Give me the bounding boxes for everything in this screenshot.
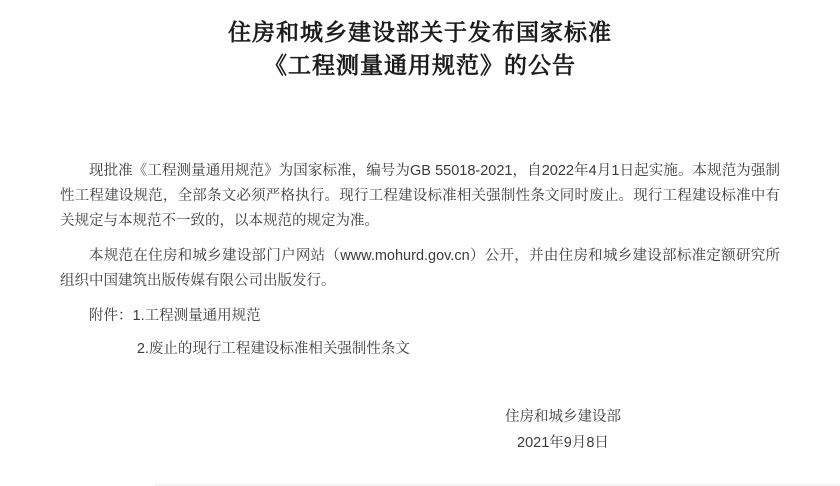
issue-date: 2021年9月8日 — [453, 431, 673, 456]
attachments-label: 附件： — [89, 308, 133, 324]
attachment-item-2: 2.废止的现行工程建设标准相关强制性条文 — [60, 337, 780, 362]
announcement-page: 住房和城乡建设部关于发布国家标准 《工程测量通用规范》的公告 现批准《工程测量通… — [0, 0, 840, 486]
document-body: 现批准《工程测量通用规范》为国家标准，编号为GB 55018-2021，自202… — [0, 159, 840, 456]
signer-name: 住房和城乡建设部 — [453, 405, 673, 430]
paragraph-publication: 本规范在住房和城乡建设部门户网站（www.mohurd.gov.cn）公开，并由… — [60, 244, 780, 294]
title-line-2: 《工程测量通用规范》的公告 — [0, 49, 840, 82]
title-line-1: 住房和城乡建设部关于发布国家标准 — [0, 16, 840, 49]
attachment-line-1: 附件：1.工程测量通用规范 — [60, 304, 780, 329]
paragraph-approval: 现批准《工程测量通用规范》为国家标准，编号为GB 55018-2021，自202… — [60, 159, 780, 234]
signature-block: 住房和城乡建设部 2021年9月8日 — [453, 405, 673, 456]
attachments-section: 附件：1.工程测量通用规范 2.废止的现行工程建设标准相关强制性条文 — [60, 304, 780, 362]
attachment-item-1: 1.工程测量通用规范 — [133, 308, 261, 324]
document-title: 住房和城乡建设部关于发布国家标准 《工程测量通用规范》的公告 — [0, 0, 840, 82]
